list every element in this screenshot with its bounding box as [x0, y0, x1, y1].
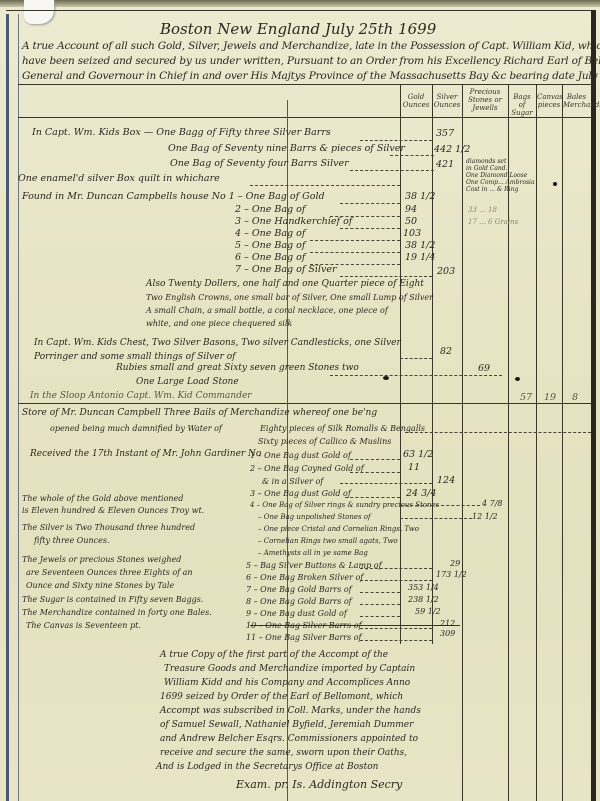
paper-clip: [24, 0, 54, 24]
col-bales: [562, 84, 563, 801]
leader-dash: [330, 375, 502, 376]
certification-line: and Andrew Belcher Esqrs. Commissioners …: [160, 734, 418, 744]
summary-line: The whole of the Gold above mentioned: [22, 494, 183, 503]
leader-dash: [360, 640, 432, 641]
col-silver: [432, 84, 433, 644]
silver-value: 29: [450, 559, 460, 568]
summary-line: Ounce and Sixty nine Stones by Tale: [26, 581, 174, 590]
entry-text: One Bag of Seventy four Barrs Silver: [170, 158, 349, 169]
leader-dash: [350, 459, 400, 460]
entry-text: 6 – One Bag of: [235, 252, 305, 263]
leader-dash: [360, 628, 432, 629]
top-rule: [6, 10, 596, 11]
ink-blot: [383, 376, 389, 380]
rubies-line: Rubies small and great Sixty seven green…: [116, 363, 359, 373]
summary-line: The Merchandize contained in forty one B…: [22, 608, 212, 617]
entry-text: 5 – One Bag of: [235, 240, 305, 251]
leader-dash: [390, 155, 434, 156]
leader-dash: [340, 203, 400, 204]
gardiner-item: – One Bag unpolished Stones of: [258, 513, 371, 521]
gold-value: 353 1/4: [408, 583, 439, 592]
summary-line: are Seventeen Ounces three Eights of an: [26, 568, 193, 577]
gold-value: 38 1/2: [405, 191, 435, 202]
canvas-value: 19: [544, 392, 556, 403]
gardiner-item: 9 – One Bag dust Gold of: [246, 609, 347, 618]
summary-line: fifty three Ounces.: [34, 536, 110, 545]
certification-line: A true Copy of the first part of the Acc…: [160, 650, 388, 660]
stones-value: 12 1/2: [472, 512, 498, 521]
store-item: Sixty pieces of Callico & Muslins: [258, 437, 391, 446]
intro-line: A true Account of all such Gold, Silver,…: [22, 40, 600, 52]
col-stones: [462, 84, 463, 801]
entry-text: 2 – One Bag of: [235, 204, 305, 215]
also-line: A small Chain, a small bottle, a coral n…: [146, 306, 388, 315]
leader-dash: [360, 592, 400, 593]
margin-note: Cost in ... & Ring: [466, 186, 518, 193]
right-border: [591, 10, 596, 801]
gold-value: 94: [405, 204, 417, 215]
margin-note: One Diamond Loose: [466, 172, 527, 179]
certification-line: 1699 seized by Order of the Earl of Bell…: [160, 692, 403, 702]
leader-dash: [400, 505, 480, 506]
also-line: Two English Crowns, one small bar of Sil…: [146, 293, 433, 302]
sloop-line: In the Sloop Antonio Capt. Wm. Kid Comma…: [30, 391, 252, 401]
leader-dash: [350, 472, 400, 473]
leader-dash: [310, 240, 400, 241]
gardiner-item: 10 – One Bag Silver Barrs of: [246, 621, 362, 630]
entry-text: 7 – One Bag of Silver: [235, 264, 337, 275]
entry-text: One Bag of Seventy nine Barrs & pieces o…: [168, 143, 405, 154]
leader-dash: [360, 568, 432, 569]
also-line: Also Twenty Dollers, one half and one Qu…: [146, 279, 424, 289]
frame-edge: [0, 0, 600, 7]
document-heading: Boston New England July 25th 1699: [160, 20, 436, 38]
gardiner-item: 1 – One Bag dust Gold of: [250, 451, 351, 460]
summary-line: is Eleven hundred & Eleven Ounces Troy w…: [22, 506, 204, 515]
gold-value: 238 1/2: [408, 595, 439, 604]
silver-value: 173 1/2: [436, 570, 467, 579]
silver-value: 309: [440, 629, 455, 638]
leader-dash: [360, 616, 400, 617]
leader-dash: [350, 170, 434, 171]
silver-value: 421: [436, 159, 454, 170]
leader-dash: [405, 432, 591, 433]
column-header-sugar: Bags of Sugar: [509, 93, 535, 117]
document-page: Boston New England July 25th 1699 A true…: [0, 0, 600, 801]
bales-value: 8: [572, 392, 578, 403]
silver-value: 212: [440, 619, 455, 628]
gold-value: 24 3/4: [406, 488, 436, 499]
margin-note: in Gold Cand..: [466, 165, 509, 172]
entry-text: 4 – One Bag of: [235, 228, 305, 239]
column-header-bales: Bales Merchandize: [563, 93, 590, 109]
entry-text: One enamel'd silver Box quilt in whichar…: [18, 173, 220, 184]
entry-text: Found in Mr. Duncan Campbells house No 1…: [22, 191, 325, 202]
certification-line: receive and secure the same, sworn upon …: [160, 748, 407, 758]
leader-dash: [360, 140, 432, 141]
gold-value: 19 1/4: [405, 252, 435, 263]
gardiner-item: – One piece Cristal and Cornelian Rings,…: [258, 525, 419, 533]
silver-value: 124: [437, 475, 455, 486]
silver-value: 203: [437, 266, 455, 277]
leader-dash: [345, 497, 400, 498]
gold-value: 59 1/2: [415, 607, 441, 616]
left-margin-rule: [18, 14, 19, 801]
column-header-gold: Gold Ounces: [401, 93, 431, 109]
margin-note: One Comp... Ambrosia: [466, 179, 535, 186]
gardiner-item: – Amethysts all in ye same Bag: [258, 549, 368, 557]
leader-dash: [310, 252, 400, 253]
gold-value: 38 1/2: [405, 240, 435, 251]
gardiner-line: Received the 17th Instant of Mr. John Ga…: [30, 449, 261, 459]
column-header-stones: Precious Stones or Jewells: [463, 88, 507, 112]
entry-text: In Capt. Wm. Kids Box — One Bagg of Fift…: [32, 127, 331, 138]
margin-note-faint: 33 ... 18: [468, 206, 497, 214]
leader-dash: [360, 580, 432, 581]
certification-line: Treasure Goods and Merchandize imported …: [164, 664, 415, 674]
left-border: [6, 14, 9, 801]
margin-note: diamonds set: [466, 158, 506, 165]
col-canvas: [536, 84, 537, 801]
leader-dash: [340, 483, 432, 484]
store-item: Eighty pieces of Silk Romalls & Bengalls: [260, 424, 425, 433]
gardiner-item: & in a Silver of: [262, 477, 323, 486]
column-header-canvas: Canvas pieces: [537, 93, 561, 109]
sugar-value: 57: [520, 392, 532, 403]
intro-line: have been seized and secured by us under…: [22, 55, 600, 67]
gardiner-item: 7 – One Bag Gold Barrs of: [246, 585, 352, 594]
gardiner-item: 6 – One Bag Broken Silver of: [246, 573, 363, 582]
gold-value: 50: [405, 216, 417, 227]
gardiner-item: 3 – One Bag dust Gold of: [250, 489, 351, 498]
gardiner-item: 8 – One Bag Gold Barrs of: [246, 597, 352, 606]
leader-dash: [400, 358, 432, 359]
gold-value: 103: [403, 228, 421, 239]
chest-line: In Capt. Wm. Kids Chest, Two Silver Baso…: [34, 338, 401, 348]
silver-value: 442 1/2: [434, 144, 470, 155]
summary-line: The Silver is Two Thousand three hundred: [22, 523, 195, 532]
gardiner-item: 11 – One Bag Silver Barrs of: [246, 633, 362, 642]
intro-line: General and Governour in Chief in and ov…: [22, 70, 600, 82]
margin-note-faint: 17 ... 6 Grains: [468, 218, 518, 226]
certification-line: William Kidd and his Company and Accompl…: [164, 678, 410, 688]
leader-dash: [340, 276, 432, 277]
summary-line: The Jewels or precious Stones weighed: [22, 555, 181, 564]
leader-dash: [250, 185, 400, 186]
signature: Exam. pr. Is. Addington Secry: [236, 778, 402, 791]
summary-line: The Sugar is contained in Fifty seven Ba…: [22, 595, 203, 604]
entry-text: 3 – One Handkerchief of: [235, 216, 352, 227]
store-line: Store of Mr. Duncan Campbell Three Bails…: [22, 408, 377, 418]
stones-value: 69: [478, 363, 490, 374]
leader-dash: [340, 228, 400, 229]
store-line: opened being much damnified by Water of: [50, 424, 222, 433]
stones-value: 4 7/8: [482, 499, 503, 508]
chest-line: Porringer and some small things of Silve…: [34, 352, 236, 362]
gold-value: 63 1/2: [403, 449, 433, 460]
col-gold: [400, 84, 401, 644]
ink-blot: [515, 377, 520, 381]
leader-dash: [400, 518, 472, 519]
column-header-silver: Silver Ounces: [433, 93, 461, 109]
silver-value: 82: [440, 346, 452, 357]
summary-line: The Canvas is Seventeen pt.: [26, 621, 141, 630]
gardiner-item: 2 – One Bag Coyned Gold of: [250, 464, 364, 473]
also-line: white, and one piece chequered silk: [146, 319, 292, 328]
gardiner-item: – Cornelian Rings two small agats, Two: [258, 537, 398, 545]
certification-line: And is Lodged in the Secretarys Office a…: [156, 762, 378, 772]
rubies-line: One Large Load Stone: [136, 377, 239, 387]
gold-value: 11: [408, 462, 420, 473]
ink-blot: [553, 182, 557, 186]
certification-line: of Samuel Sewall, Nathaniel Byfield, Jer…: [160, 720, 413, 730]
leader-dash: [360, 604, 400, 605]
certification-line: Accompt was subscribed in Coll. Marks, u…: [160, 706, 421, 716]
silver-value: 357: [436, 128, 454, 139]
